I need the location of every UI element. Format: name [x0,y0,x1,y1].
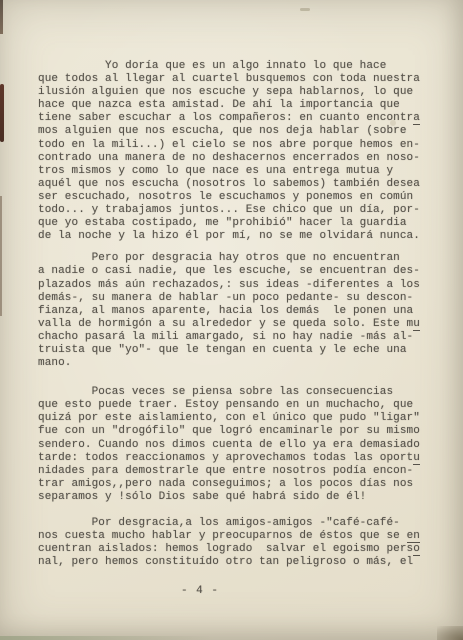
paragraph: Pocas veces se piensa sobre las consecue… [38,386,430,504]
text-line: ilusión alguien que nos escuche y sepa h… [38,86,430,99]
text-line: Pero por desgracia hay otros que no encu… [38,252,430,265]
text-line: Por desgracia,a los amigos-amigos -"café… [38,517,430,530]
text-line: todo en la mili...) el cielo se nos abre… [38,139,430,152]
scan-edge-artifact [0,0,3,34]
text-line: cuentran aislados: hemos logrado salvar … [38,543,430,556]
text-line: aquél que nos escucha (nosotros lo sabem… [38,178,430,191]
text-line: sendero. Cuando nos dimos cuenta de ello… [38,439,430,452]
text-line: fue con un "drogófilo" que logró encamin… [38,425,430,438]
text-line: fianza, al manos aparente, hacia los dem… [38,305,430,318]
text-line: mos alguien que nos escucha, que nos dej… [38,125,430,138]
scan-speck [300,8,310,11]
scan-edge-artifact [0,84,4,142]
text-line: demás-, su manera de hablar -un poco ped… [38,292,430,305]
text-line: tarde: todos reaccionamos y aprovechamos… [38,452,430,465]
text-line: tros mismos y como lo que nace es una en… [38,165,430,178]
text-line: que todos al llegar al cuartel busquemos… [38,73,430,86]
text-line: nos cuesta mucho hablar y preocuparnos d… [38,530,430,543]
text-line: chacho pasará la mili amargado, si no ha… [38,331,430,344]
paragraph: Pero por desgracia hay otros que no encu… [38,252,430,370]
text-line: Pocas veces se piensa sobre las consecue… [38,386,430,399]
text-line: todo... y trabajamos juntos... Ese chico… [38,204,430,217]
page-number: - 4 - [20,585,380,597]
text-line: ser escuchado, nosotros le escuchamos y … [38,191,430,204]
paragraph: Yo doría que es un algo innato lo que ha… [38,60,430,243]
text-line: nidades para demostrarle que entre nosot… [38,465,430,478]
text-line: contrado una manera de no deshacernos en… [38,152,430,165]
paragraph: Por desgracia,a los amigos-amigos -"café… [38,517,430,569]
text-line: mano. [38,357,430,370]
scan-edge-artifact [0,196,2,316]
text-line: que yo estaba costipado, me "prohibió" h… [38,217,430,230]
scan-edge-artifact [0,636,213,640]
text-line: que esto puede traer. Estoy pensando en … [38,399,430,412]
text-line: truista que "yo"- que le tengan en cuent… [38,344,430,357]
text-line: de la noche y la hizo él por mí, no se m… [38,230,430,243]
text-line: tiene saber escuchar a los compañeros: e… [38,112,430,125]
typewritten-text-block: Yo doría que es un algo innato lo que ha… [38,60,430,569]
text-line: plazados más aún rechazados,: sus ideas … [38,279,430,292]
text-line: separamos y !sólo Dios sabe qué habrá si… [38,491,430,504]
text-line: Yo doría que es un algo innato lo que ha… [38,60,430,73]
text-line: a nadie o casi nadie, que les escuche, s… [38,265,430,278]
text-line: valla de hormigón a su alrededor y se qu… [38,318,430,331]
text-line: trar amigos,,pero nada conseguimos; a lo… [38,478,430,491]
text-line: hace que nazca esta amistad. De ahí la i… [38,99,430,112]
text-line: quizá por este aislamiento, con el único… [38,412,430,425]
scanned-document-page: Yo doría que es un algo innato lo que ha… [0,0,463,640]
text-line: nal, pero hemos constituído otro tan pel… [38,556,430,569]
scan-corner-shadow [437,626,463,640]
